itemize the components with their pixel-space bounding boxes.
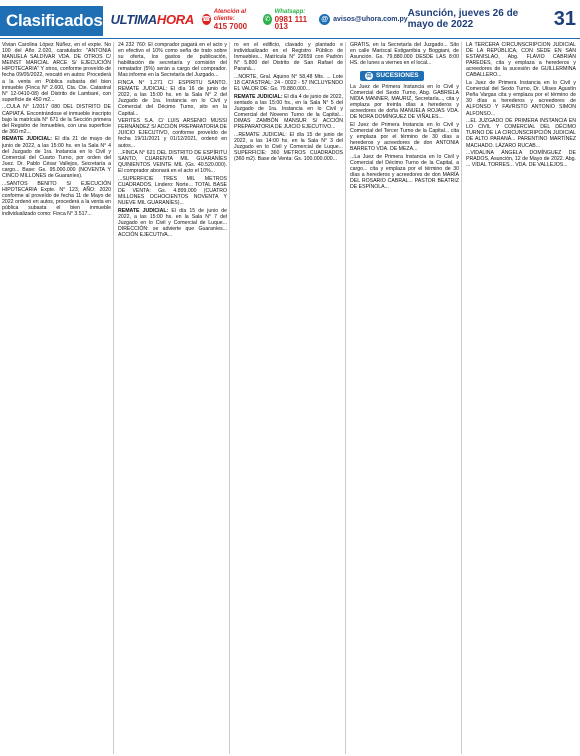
classifieds-columns: Vivian Carolina López Núñez, en el expte… [2, 42, 578, 754]
column-4: GRATIS, en la Secretaría del Juzgado... … [350, 42, 462, 754]
classified-ad: ...FINCA N° 621 DEL DISTRITO DE ESPÍRITU… [118, 150, 227, 174]
classified-ad: ...SANTOS BENITO S/ EJECUCIÓN HIPOTECARI… [2, 181, 111, 218]
column-2: 24 232 760: El comprador pagará en el ac… [118, 42, 230, 754]
column-5: LA TERCERA CIRCUNSCRIPCIÓN JUDICIAL DE L… [466, 42, 578, 754]
classified-ad: ...NORTE, Gral. Aquino N° 58,48 Mts. ...… [234, 74, 343, 92]
classified-ad: ...EL JUZGADO DE PRIMERA INSTANCIA EN LO… [466, 118, 576, 148]
logo-main: ULTIMA [111, 12, 157, 27]
email-contact: @ avisos@uhora.com.py [319, 14, 408, 25]
classified-ad: GRATIS, en la Secretaría del Juzgado... … [350, 42, 459, 66]
classified-ad: 24 232 760: El comprador pagará en el ac… [118, 42, 227, 79]
section-header-sucesiones: ⚖ SUCESIONES [360, 71, 424, 81]
classified-ad: Vivian Carolina López Núñez, en el expte… [2, 42, 111, 103]
whatsapp-number: 0981 111 013 [275, 16, 312, 30]
classified-ad: VERITES S.A. C/ LUIS ARSENIO MUSSI FERNÁ… [118, 118, 227, 148]
classified-ad: ...VIDALINA ÁNGELA DOMÍNGUEZ DE PRADOS, … [466, 150, 576, 168]
column-1: Vivian Carolina López Núñez, en el expte… [2, 42, 114, 754]
classified-ad: FINCA N° 1.271 C/ ESPIRITU SANTO. REMATE… [118, 80, 227, 117]
classified-ad: ...REMATE JUDICIAL: El día 15 de junio d… [234, 132, 343, 162]
column-3: ro en el edificio, clavado y plantado e … [234, 42, 346, 754]
phone-icon: ☎ [202, 14, 211, 25]
classified-ad: REMATE JUDICIAL: El día 21 de mayo de ju… [2, 136, 111, 179]
mail-icon: @ [319, 14, 330, 25]
customer-service: ☎ Atención al cliente: 415 7000 [202, 9, 255, 30]
header-divider [0, 38, 580, 39]
whatsapp-icon: ✆ [263, 14, 271, 25]
classified-ad: El Juez de Primera Instancia en lo Civil… [350, 122, 459, 152]
classified-ad: REMATE JUDICIAL: El día 4 de junio de 20… [234, 94, 343, 131]
whatsapp-contact: ✆ Whatsapp: 0981 111 013 [263, 9, 311, 30]
phone-number: 415 7000 [214, 23, 256, 30]
classified-ad: ...SUPERFICIE TRES MIL METROS CUADRADOS.… [118, 176, 227, 206]
logo-accent: HORA [157, 12, 194, 27]
email-address[interactable]: avisos@uhora.com.py [333, 16, 408, 23]
contact-label: Atención al cliente: [214, 9, 256, 23]
section-label: SUCESIONES [376, 73, 419, 79]
classified-ad: ro en el edificio, clavado y plantado e … [234, 42, 343, 72]
classified-ad: La Juez de Primera Instancia en lo Civil… [350, 84, 459, 121]
classified-ad: REMATE JUDICIAL: El día 15 de junio de 2… [118, 208, 227, 238]
newspaper-logo: ULTIMAHORA [111, 12, 194, 27]
classified-ad: LA TERCERA CIRCUNSCRIPCIÓN JUDICIAL DE L… [466, 42, 576, 79]
section-brand: Clasificados [0, 6, 103, 36]
page-number: 31 [554, 8, 576, 31]
classified-ad: ...La Juez de Primera Instancia en lo Ci… [350, 154, 459, 191]
issue-date: Asunción, jueves 26 de mayo de 2022 [408, 8, 546, 30]
page-header: Clasificados ULTIMAHORA ☎ Atención al cl… [0, 0, 580, 38]
classified-ad: La Juez de Primera Instancia en lo Civil… [466, 80, 576, 117]
classified-ad: ...CULA N° 1/2017 080 DEL DISTRITO DE CA… [2, 104, 111, 134]
gavel-icon: ⚖ [365, 72, 373, 80]
